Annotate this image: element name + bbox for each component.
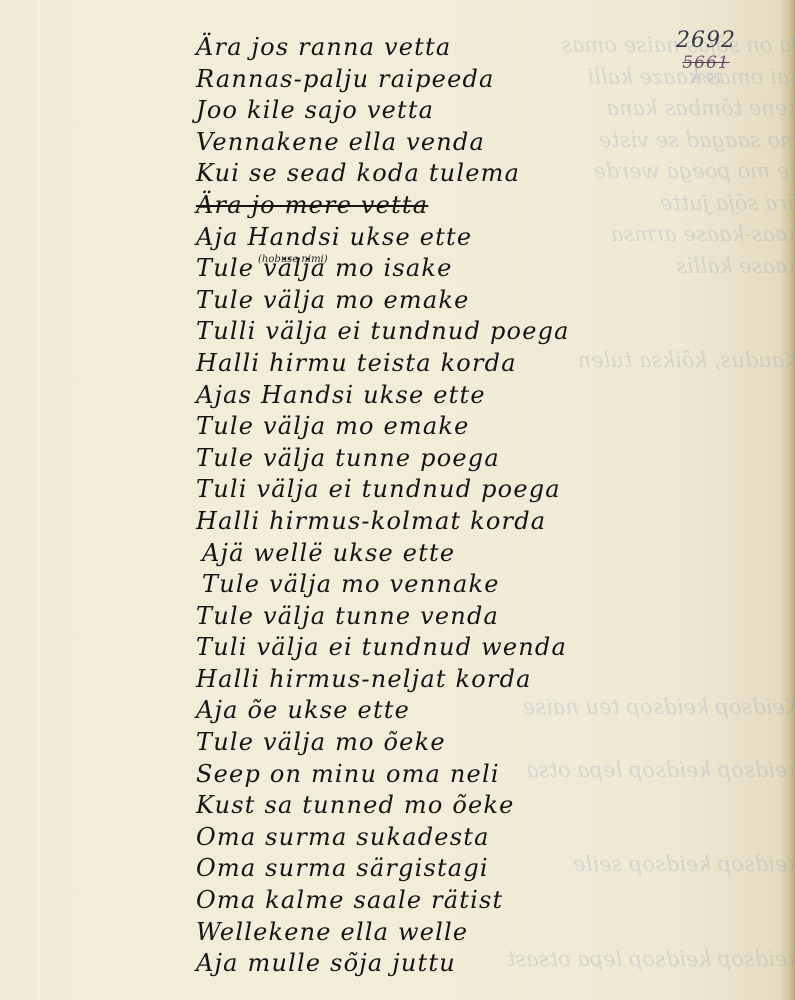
poem-line: Tule välja mo õeke <box>196 727 570 759</box>
poem-line: Tulli välja ei tundnud poega <box>196 316 570 348</box>
paper-fold-line <box>38 0 40 1000</box>
poem-line: Tule välja mo vennake <box>196 569 570 601</box>
poem-line: Tule välja mo isake <box>196 253 570 285</box>
archive-number-bleed: 5661 <box>676 69 736 84</box>
poem-line: Tuli välja ei tundnud poega <box>196 474 570 506</box>
poem-line: Tule välja mo emake <box>196 285 570 317</box>
poem-line: Joo kile sajo vetta <box>196 95 570 127</box>
poem-line: Halli hirmus-kolmat korda <box>196 506 570 538</box>
poem-line: Wellekene ella welle <box>196 917 570 949</box>
poem-line: Oma kalme saale rätist <box>196 885 570 917</box>
archive-number-current: 2692 <box>676 28 736 53</box>
poem-line: Halli hirmus-neljat korda <box>196 664 570 696</box>
poem-text: Ära jos ranna vetta Rannas-palju raipeed… <box>196 32 570 980</box>
poem-line: Kui se sead koda tulema <box>196 158 570 190</box>
poem-line: Tule välja tunne poega <box>196 443 570 475</box>
poem-line: Aja mulle sõja juttu <box>196 948 570 980</box>
poem-line: Kust sa tunned mo õeke <box>196 790 570 822</box>
poem-line-struck: Ära jo mere vetta <box>196 190 570 222</box>
poem-line: Aja Handsi ukse ette (hobuse nimi) <box>196 222 570 254</box>
poem-line: Halli hirmu teista korda <box>196 348 570 380</box>
poem-line: Tuli välja ei tundnud wenda <box>196 632 570 664</box>
poem-line: Oma surma sukadesta <box>196 822 570 854</box>
poem-line: Rannas-palju raipeeda <box>196 64 570 96</box>
poem-line: Ajä wellë ukse ette <box>196 538 570 570</box>
poem-line: Aja õe ukse ette <box>196 695 570 727</box>
poem-line: Ära jos ranna vetta <box>196 32 570 64</box>
archive-number-stamp: 2692 5661 5661 <box>676 28 736 84</box>
poem-line: Tule välja mo emake <box>196 411 570 443</box>
poem-line: Seep on minu oma neli <box>196 759 570 791</box>
manuscript-page: Ja on sõjas naise omas sai omas kaaze ka… <box>0 0 795 1000</box>
poem-line: Ajas Handsi ukse ette <box>196 380 570 412</box>
poem-line: Vennakene ella venda <box>196 127 570 159</box>
poem-line: Oma surma särgistagi <box>196 853 570 885</box>
poem-line: Tule välja tunne venda <box>196 601 570 633</box>
